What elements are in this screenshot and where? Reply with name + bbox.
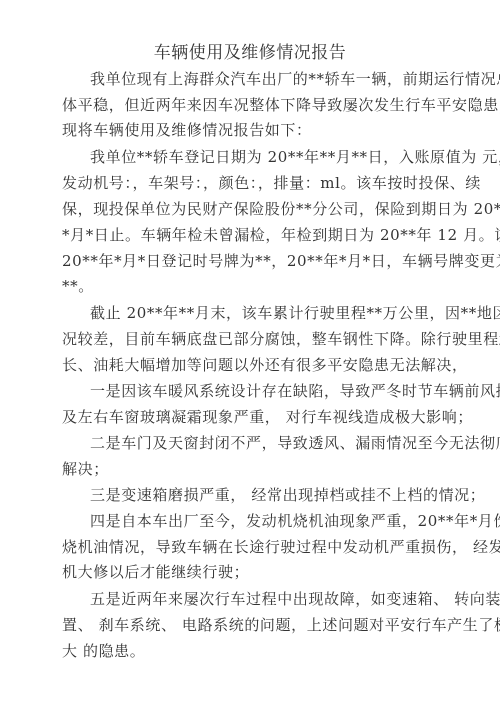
paragraph-line: *月*日止。车辆年检未曾漏检，年检到期日为 20**年 12 月。该车 (62, 224, 500, 245)
paragraph-line: 我单位现有上海群众汽车出厂的**轿车一辆，前期运行情况总 (90, 68, 500, 89)
paragraph-line: 二是车门及天窗封闭不严，导致透风、漏雨情况至今无法彻底 (90, 432, 500, 453)
paragraph-line: 三是变速箱磨损严重， 经常出现掉档或挂不上档的情况； (90, 484, 485, 505)
paragraph-line: 我单位**轿车登记日期为 20**年**月**日，入账原值为 元， (90, 146, 500, 167)
paragraph-line: 体平稳，但近两年来因车况整体下降导致屡次发生行车平安隐患， (62, 94, 500, 115)
paragraph-line: 现将车辆使用及维修情况报告如下： (62, 119, 312, 140)
paragraph-line: 保，现投保单位为民财产保险股份**分公司，保险到期日为 20**年 (62, 198, 500, 219)
paragraph-line: 四是自本车出厂至今，发动机烧机油现象严重，20**年*月份因 (90, 510, 500, 531)
paragraph-line: 置、 刹车系统、 电路系统的问题，上述问题对平安行车产生了极 (62, 614, 500, 635)
paragraph-line: 及左右车窗玻璃凝霜现象严重， 对行车视线造成极大影响； (62, 406, 473, 427)
document-page: 车辆使用及维修情况报告 我单位现有上海群众汽车出厂的**轿车一辆，前期运行情况总… (0, 0, 500, 707)
paragraph-line: 长、油耗大幅增加等问题以外还有很多平安隐患无法解决， (62, 354, 468, 375)
paragraph-line: 一是因该车暖风系统设计存在缺陷，导致严冬时节车辆前风挡 (90, 380, 500, 401)
paragraph-line: **。 (62, 275, 94, 296)
paragraph-line: 发动机号：，车架号：，颜色：，排量：ml。该车按时投保、续 (62, 172, 481, 193)
paragraph-line: 烧机油情况，导致车辆在长途行驶过程中发动机严重损伤， 经发动 (62, 536, 500, 557)
paragraph-line: 截止 20**年**月末，该车累计行驶里程**万公里，因**地区路 (90, 302, 500, 323)
paragraph-line: 解决； (62, 458, 109, 479)
paragraph-line: 五是近两年来屡次行车过程中出现故障，如变速箱、 转向装 (90, 588, 500, 609)
paragraph-line: 机大修以后才能继续行驶； (62, 561, 249, 582)
paragraph-line: 况较差，目前车辆底盘已部分腐蚀，整车钢性下降。除行驶里程过 (62, 328, 500, 349)
paragraph-line: 20**年*月*日登记时号牌为**，20**年*月*日，车辆号牌变更为 (62, 250, 500, 271)
document-title: 车辆使用及维修情况报告 (0, 38, 500, 63)
paragraph-line: 大 的隐患。 (62, 640, 145, 661)
